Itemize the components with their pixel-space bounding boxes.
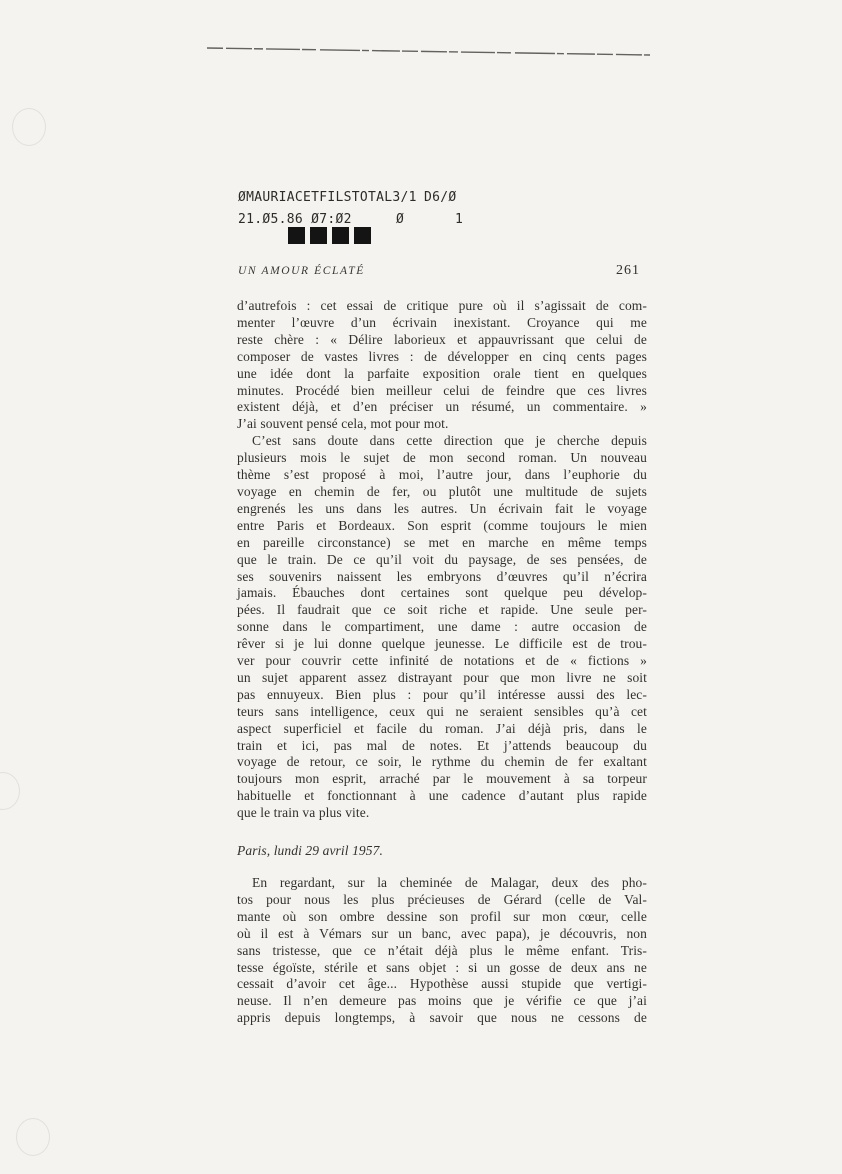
text-line: teurs sans intelligence, ceux qui ne ser… xyxy=(237,704,647,721)
registration-mark-icon xyxy=(310,227,327,244)
punch-hole xyxy=(12,108,46,146)
text-line: engrenés les uns dans les autres. Un écr… xyxy=(237,501,647,518)
text-line: composer de vastes livres : de développe… xyxy=(237,349,647,366)
text-line: entre Paris et Bordeaux. Son esprit (com… xyxy=(237,518,647,535)
punch-hole xyxy=(16,1118,50,1156)
registration-mark-icon xyxy=(354,227,371,244)
text-line: thème s’est proposé à moi, l’autre jour,… xyxy=(237,467,647,484)
counter-right: 1 xyxy=(455,212,463,227)
text-line: toujours mon esprit, arraché par le mouv… xyxy=(237,771,647,788)
text-line: J’ai souvent pensé cela, mot pour mot. xyxy=(237,416,647,433)
page-number: 261 xyxy=(616,263,640,279)
text-line: une idée dont la parfaite exposition ora… xyxy=(237,366,647,383)
file-code: ØMAURIACETFILSTOTAL3/1 xyxy=(238,190,417,205)
page-code: D6/Ø xyxy=(424,190,457,205)
punch-hole xyxy=(0,772,20,810)
text-line: pées. Il faudrait que ce soit riche et r… xyxy=(237,602,647,619)
text-line: voyage en chemin de fer, ou plutôt une m… xyxy=(237,484,647,501)
text-line: habituelle et fonctionnant à une cadence… xyxy=(237,788,647,805)
typesetting-header: ØMAURIACETFILSTOTAL3/1 D6/Ø 21.Ø5.86 Ø7:… xyxy=(238,190,658,234)
text-line: en pareille circonstance) se met en marc… xyxy=(237,535,647,552)
text-line: jamais. Ébauches dont certaines sont que… xyxy=(237,585,647,602)
text-line: minutes. Procédé bien meilleur celui de … xyxy=(237,383,647,400)
text-line: que le train va plus vite. xyxy=(237,805,647,822)
paragraph-3: En regardant, sur la cheminée de Malagar… xyxy=(237,875,647,1027)
dateline: Paris, lundi 29 avril 1957. xyxy=(237,843,647,860)
text-line: d’autrefois : cet essai de critique pure… xyxy=(237,298,647,315)
scan-rule-line xyxy=(0,0,842,70)
text-line: mante où son ombre dessine son profil su… xyxy=(237,909,647,926)
registration-mark-icon xyxy=(332,227,349,244)
text-line: tesse égoïste, stérile et sans objet : s… xyxy=(237,960,647,977)
paragraph-1: d’autrefois : cet essai de critique pure… xyxy=(237,298,647,433)
text-line: voyage de retour, ce soir, le rythme du … xyxy=(237,754,647,771)
text-line: cessait d’avoir cet âge... Hypothèse aus… xyxy=(237,976,647,993)
text-line: C’est sans doute dans cette direction qu… xyxy=(237,433,647,450)
text-line: menter l’œuvre d’un écrivain inexistant.… xyxy=(237,315,647,332)
paragraph-2: C’est sans doute dans cette direction qu… xyxy=(237,433,647,822)
text-line: train et ici, pas mal de notes. Et j’att… xyxy=(237,738,647,755)
scanned-page: ØMAURIACETFILSTOTAL3/1 D6/Ø 21.Ø5.86 Ø7:… xyxy=(0,0,842,1174)
body-text: d’autrefois : cet essai de critique pure… xyxy=(237,298,647,1027)
counter-left: Ø xyxy=(396,212,404,227)
text-line: sans tristesse, que ce n’était déjà plus… xyxy=(237,943,647,960)
text-line: où il est à Vémars sur un banc, avec pap… xyxy=(237,926,647,943)
typesetting-code-row: ØMAURIACETFILSTOTAL3/1 D6/Ø xyxy=(238,190,658,212)
text-line: aspect superficiel et facile du roman. J… xyxy=(237,721,647,738)
text-line: un sujet apparent assez distrayant pour … xyxy=(237,670,647,687)
text-line: ver pour couvrir cette infinité de notat… xyxy=(237,653,647,670)
text-line: En regardant, sur la cheminée de Malagar… xyxy=(237,875,647,892)
text-line: que le train. De ce qu’il voit du paysag… xyxy=(237,552,647,569)
text-line: appris depuis longtemps, à savoir que no… xyxy=(237,1010,647,1027)
text-line: ses souvenirs naissent les embryons d’œu… xyxy=(237,569,647,586)
text-line: reste chère : « Délire laborieux et appa… xyxy=(237,332,647,349)
registration-mark-icon xyxy=(288,227,305,244)
registration-marks xyxy=(288,227,371,244)
text-line: tos pour nous les plus précieuses de Gér… xyxy=(237,892,647,909)
timestamp: 21.Ø5.86 Ø7:Ø2 xyxy=(238,212,352,227)
text-line: neuse. Il n’en demeure pas moins que je … xyxy=(237,993,647,1010)
running-head: UN AMOUR ÉCLATÉ 261 xyxy=(238,263,640,279)
text-line: pas ennuyeux. Bien plus : pour qu’il int… xyxy=(237,687,647,704)
text-line: rêver si je lui donne quelque jeunesse. … xyxy=(237,636,647,653)
chapter-title: UN AMOUR ÉCLATÉ xyxy=(238,265,365,277)
text-line: sonne dans le compartiment, une dame : a… xyxy=(237,619,647,636)
text-line: existent déjà, et d’en préciser un résum… xyxy=(237,399,647,416)
text-line: plusieurs mois le sujet de mon second ro… xyxy=(237,450,647,467)
